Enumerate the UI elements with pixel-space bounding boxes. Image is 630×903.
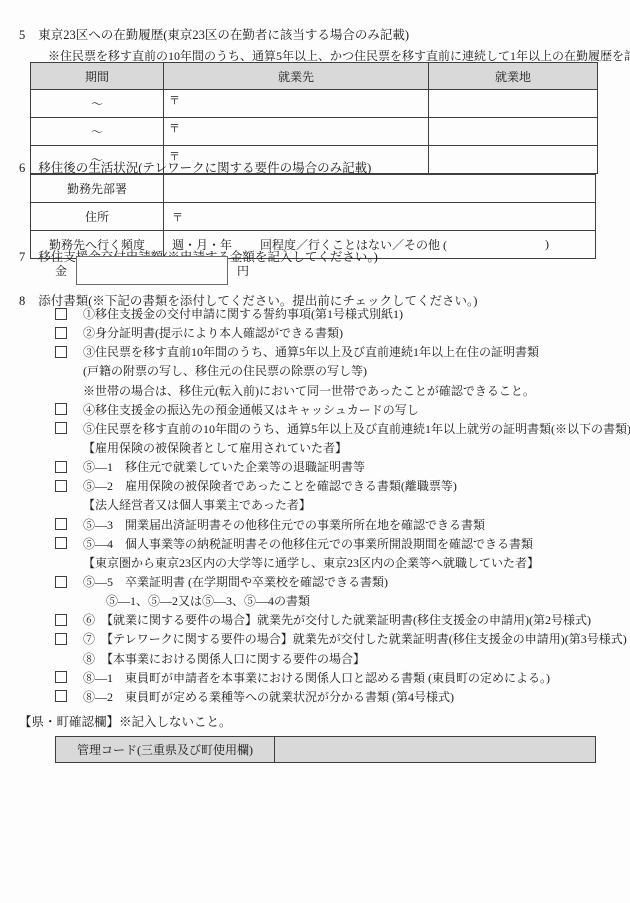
- attachment-item-label: ⑥ 【就業に関する要件の場合】就業先が交付した就業証明書(移住支援金の申請用)(…: [83, 611, 591, 628]
- checkbox[interactable]: [55, 690, 67, 702]
- section8-number: 8: [19, 294, 25, 309]
- checkbox[interactable]: [55, 576, 67, 588]
- attachment-item-label: ⑤—3 開業届出済証明書その他移住元での事業所所在地を確認できる書類: [83, 516, 485, 533]
- attachment-item: 【法人経営者又は個人事業主であった者】: [55, 495, 630, 514]
- attachment-item: 【東京圏から東京23区内の大学等に通学し、東京23区内の企業等へ就職していた者】: [55, 553, 630, 572]
- address-label: 住所: [31, 203, 164, 231]
- section6-number: 6: [19, 161, 25, 176]
- section7-number: 7: [19, 250, 25, 265]
- attachment-item-label: 【東京圏から東京23区内の大学等に通学し、東京23区内の企業等へ就職していた者】: [55, 554, 539, 571]
- application-form-page: 5東京23区への在勤履歴(東京23区の在勤者に該当する場合のみ記載) ※住民票を…: [0, 0, 630, 903]
- amount-row: 金 円: [55, 256, 249, 285]
- column-header-employer: 就業先: [164, 63, 429, 90]
- attachment-item: ※世帯の場合は、移住元(転入前)において同一世帯であったことが確認できること。: [55, 381, 630, 400]
- table-row: 管理コード(三重県及び町使用欄): [56, 737, 596, 763]
- work-location-field[interactable]: [429, 90, 598, 118]
- attachment-item: ⑤—2 雇用保険の被保険者であったことを確認できる書類(離職票等): [55, 476, 630, 495]
- attachment-item-label: 【法人経営者又は個人事業主であった者】: [55, 496, 311, 513]
- work-location-field[interactable]: [429, 118, 598, 146]
- checkbox[interactable]: [55, 461, 67, 473]
- attachment-item-label: ⑧—2 東員町が定める業種等への就業状況が分かる書類 (第4号様式): [83, 688, 454, 705]
- section5-heading: 5東京23区への在勤履歴(東京23区の在勤者に該当する場合のみ記載): [19, 25, 409, 43]
- address-field[interactable]: 〒: [164, 203, 596, 231]
- work-history-row: 〜〒: [31, 90, 598, 118]
- attachment-item: (戸籍の附票の写し、移住元の住民票の除票の写し等): [55, 361, 630, 380]
- checkbox[interactable]: [55, 671, 67, 683]
- section6-title: 移住後の生活状況(テレワークに関する要件の場合のみ記載): [38, 161, 371, 175]
- attachment-item-label: ①移住支援金の交付申請に関する誓約事項(第1号様式別紙1): [83, 305, 403, 322]
- attachment-item: ⑧—1 東員町が申請者を本事業における関係人口と認める書類 (東員町の定めによる…: [55, 668, 630, 687]
- attachment-item-label: ⑤住民票を移す直前の10年間のうち、通算5年以上及び直前連続1年以上就労の証明書…: [83, 420, 630, 437]
- section5-title: 東京23区への在勤履歴(東京23区の在勤者に該当する場合のみ記載): [38, 28, 409, 42]
- attachment-item-label: ⑤—1、⑤—2又は⑤—3、⑤—4の書類: [55, 592, 310, 609]
- attachment-item-label: ⑦ 【テレワークに関する要件の場合】就業先が交付した就業証明書(移住支援金の申請…: [83, 630, 627, 647]
- attachment-item: ②身分証明書(提示により本人確認ができる書類): [55, 323, 630, 342]
- attachment-item: ①移住支援金の交付申請に関する誓約事項(第1号様式別紙1): [55, 304, 630, 323]
- management-code-table: 管理コード(三重県及び町使用欄): [55, 736, 596, 763]
- work-history-row: 〜〒: [31, 118, 598, 146]
- confirmation-heading: 【県・町確認欄】※記入しないこと。: [19, 712, 232, 730]
- checkbox[interactable]: [55, 327, 67, 339]
- checkbox[interactable]: [55, 346, 67, 358]
- postal-mark: 〒: [172, 209, 183, 225]
- attachment-item-label: ⑤—1 移住元で就業していた企業等の退職証明書等: [83, 458, 365, 475]
- section5-number: 5: [19, 28, 25, 43]
- employer-field[interactable]: 〒: [164, 118, 429, 146]
- management-code-field: [275, 737, 596, 763]
- employer-field[interactable]: 〒: [164, 90, 429, 118]
- attachment-item-label: ※世帯の場合は、移住元(転入前)において同一世帯であったことが確認できること。: [55, 382, 535, 399]
- frequency-close-paren: ): [545, 237, 549, 252]
- checkbox[interactable]: [55, 308, 67, 320]
- attachment-item-label: ⑤—5 卒業証明書 (在学期間や卒業校を確認できる書類): [83, 573, 388, 590]
- checkbox[interactable]: [55, 537, 67, 549]
- attachment-item: ④移住支援金の振込先の預金通帳又はキャッシュカードの写し: [55, 400, 630, 419]
- attachment-item-label: (戸籍の附票の写し、移住元の住民票の除票の写し等): [55, 362, 367, 379]
- management-code-label: 管理コード(三重県及び町使用欄): [56, 737, 275, 763]
- attachment-item: ⑧ 【本事業における関係人口に関する要件の場合】: [55, 649, 630, 668]
- attachment-item-label: ⑤—2 雇用保険の被保険者であったことを確認できる書類(離職票等): [83, 477, 457, 494]
- department-label: 勤務先部署: [31, 175, 164, 203]
- attachment-item-label: ②身分証明書(提示により本人確認ができる書類): [83, 324, 343, 341]
- period-field[interactable]: 〜: [31, 118, 164, 146]
- attachment-item-label: 【雇用保険の被保険者として雇用されていた者】: [55, 439, 347, 456]
- attachment-item: ⑤—5 卒業証明書 (在学期間や卒業校を確認できる書類): [55, 572, 630, 591]
- attachment-item: ⑥ 【就業に関する要件の場合】就業先が交付した就業証明書(移住支援金の申請用)(…: [55, 610, 630, 629]
- work-history-header-row: 期間 就業先 就業地: [31, 63, 598, 90]
- currency-prefix: 金: [55, 262, 67, 279]
- attachment-item-label: ⑧ 【本事業における関係人口に関する要件の場合】: [55, 650, 365, 667]
- attachment-item: ⑤—1 移住元で就業していた企業等の退職証明書等: [55, 457, 630, 476]
- checkbox[interactable]: [55, 614, 67, 626]
- attachment-item: 【雇用保険の被保険者として雇用されていた者】: [55, 438, 630, 457]
- attachment-item-label: ⑤—4 個人事業等の納税証明書その他移住元での事業所開設期間を確認できる書類: [83, 535, 533, 552]
- attachment-item: ⑤—1、⑤—2又は⑤—3、⑤—4の書類: [55, 591, 630, 610]
- checkbox[interactable]: [55, 480, 67, 492]
- attachment-item-label: ③住民票を移す直前10年間のうち、通算5年以上及び直前連続1年以上在住の証明書類: [83, 343, 539, 360]
- table-row: 勤務先部署: [31, 175, 596, 203]
- amount-input-field[interactable]: [76, 256, 228, 285]
- attachment-item: ⑤住民票を移す直前の10年間のうち、通算5年以上及び直前連続1年以上就労の証明書…: [55, 419, 630, 438]
- table-row: 住所 〒: [31, 203, 596, 231]
- checkbox[interactable]: [55, 633, 67, 645]
- department-field[interactable]: [164, 175, 596, 203]
- work-location-field[interactable]: [429, 146, 598, 174]
- attachment-item: ⑤—4 個人事業等の納税証明書その他移住元での事業所開設期間を確認できる書類: [55, 534, 630, 553]
- checkbox[interactable]: [55, 422, 67, 434]
- attachment-item: ⑦ 【テレワークに関する要件の場合】就業先が交付した就業証明書(移住支援金の申請…: [55, 629, 630, 648]
- attachment-item: ③住民票を移す直前10年間のうち、通算5年以上及び直前連続1年以上在住の証明書類: [55, 342, 630, 361]
- currency-suffix: 円: [237, 262, 249, 279]
- column-header-period: 期間: [31, 63, 164, 90]
- attachment-item-label: ④移住支援金の振込先の預金通帳又はキャッシュカードの写し: [83, 401, 419, 418]
- attachment-item: ⑧—2 東員町が定める業種等への就業状況が分かる書類 (第4号様式): [55, 687, 630, 706]
- checkbox[interactable]: [55, 518, 67, 530]
- checkbox[interactable]: [55, 403, 67, 415]
- period-field[interactable]: 〜: [31, 90, 164, 118]
- attachments-checklist: ①移住支援金の交付申請に関する誓約事項(第1号様式別紙1)②身分証明書(提示によ…: [55, 304, 630, 706]
- attachment-item-label: ⑧—1 東員町が申請者を本事業における関係人口と認める書類 (東員町の定めによる…: [83, 669, 550, 686]
- column-header-work-location: 就業地: [429, 63, 598, 90]
- attachment-item: ⑤—3 開業届出済証明書その他移住元での事業所所在地を確認できる書類: [55, 515, 630, 534]
